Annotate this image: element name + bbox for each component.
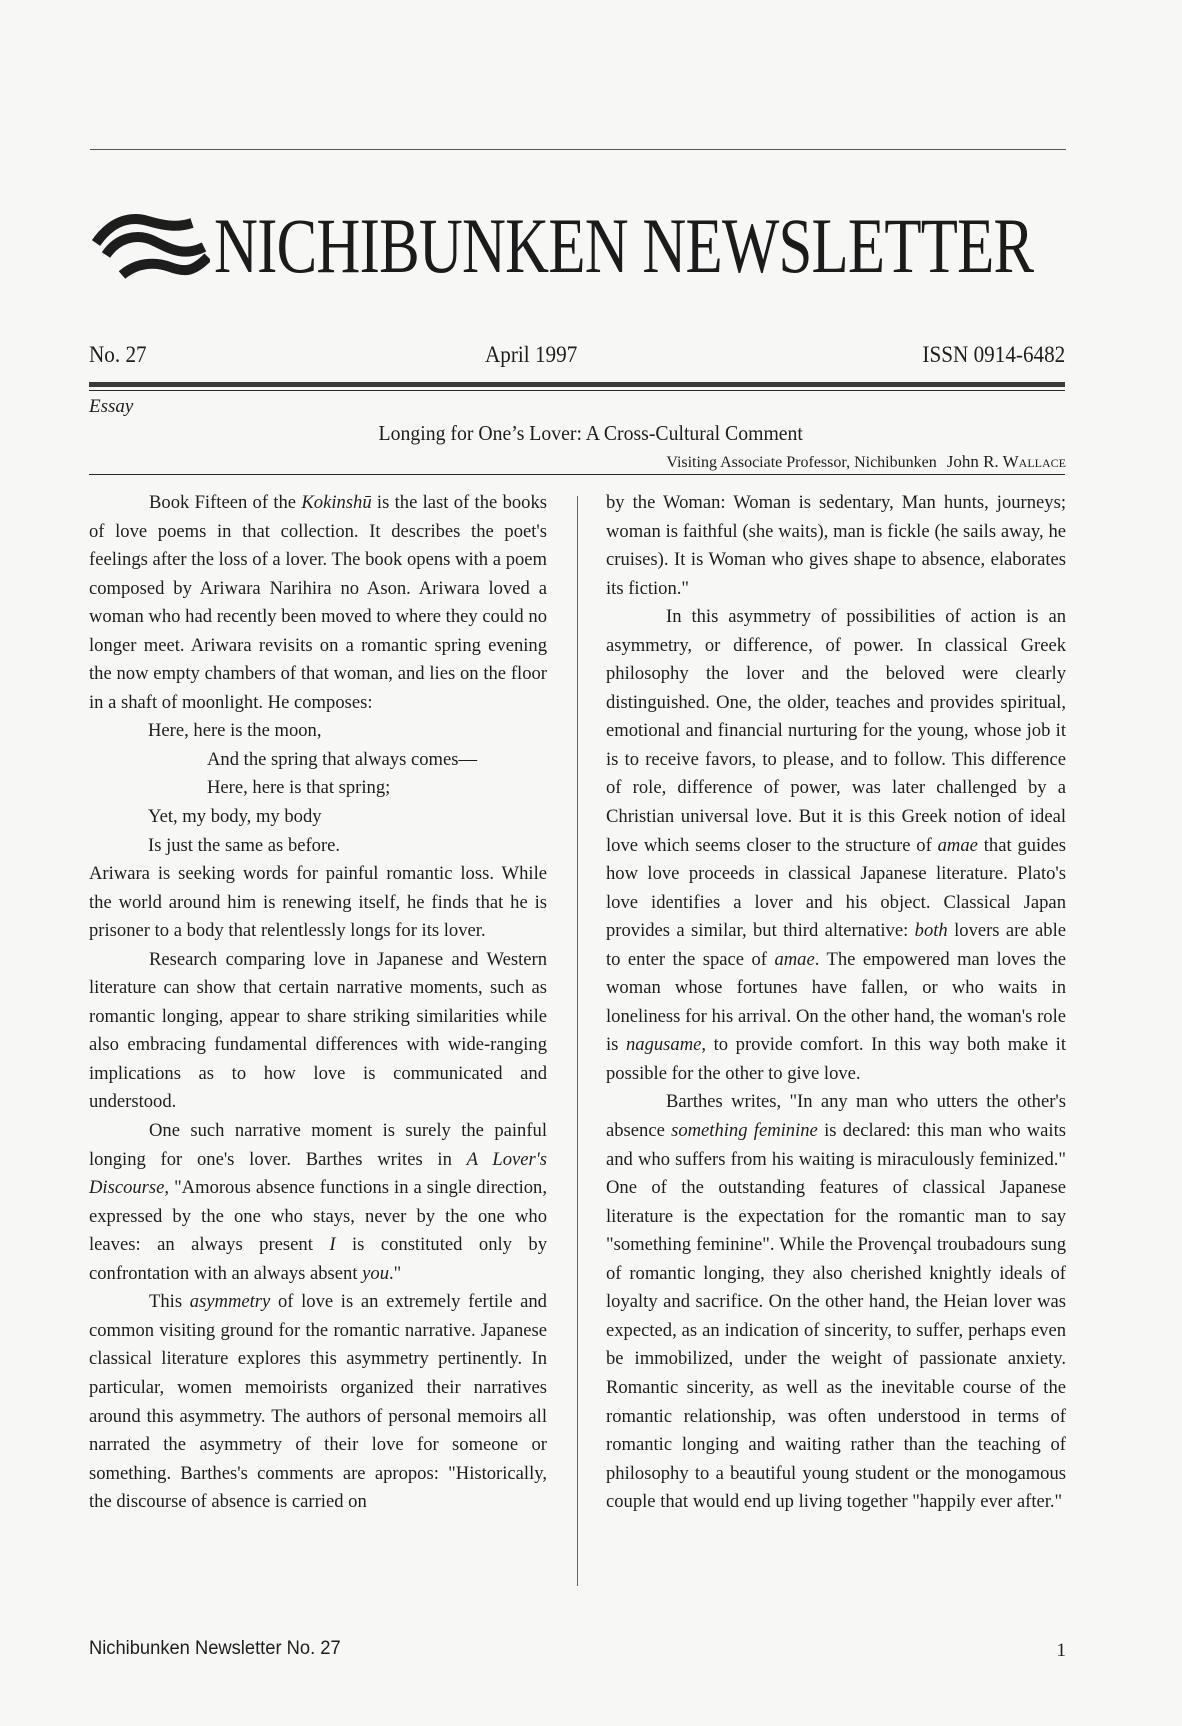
footer-publication-text: Nichibunken Newsletter No. 27	[89, 1637, 341, 1660]
poem-line: Is just the same as before.	[89, 832, 547, 861]
emphasis: amae	[938, 835, 978, 856]
paragraph: Ariwara is seeking words for painful rom…	[89, 860, 547, 946]
issue-info-row: No. 27 April 1997 ISSN 0914-6482	[89, 342, 1065, 368]
paragraph: Research comparing love in Japanese and …	[89, 946, 547, 1117]
footer-publication: Nichibunken Newsletter No. 27	[89, 1637, 357, 1660]
poem-line: Yet, my body, my body	[89, 803, 547, 832]
author-name-last: allace	[1019, 452, 1066, 471]
thick-divider	[89, 382, 1065, 387]
poem-line: And the spring that always comes—	[89, 746, 547, 775]
emphasis: nagusame	[626, 1034, 701, 1055]
issue-number: No. 27	[89, 342, 147, 368]
text: This	[149, 1291, 190, 1312]
page-number: 1	[1057, 1640, 1067, 1662]
poem-line: Here, here is that spring;	[89, 774, 547, 803]
poem-line: Here, here is the moon,	[89, 717, 547, 746]
paragraph: In this asymmetry of possibilities of ac…	[606, 603, 1066, 1088]
right-column: by the Woman: Woman is sedentary, Man hu…	[606, 489, 1066, 1517]
text: In this asymmetry of possibilities of ac…	[606, 606, 1066, 855]
masthead: NICHIBUNKEN NEWSLETTER	[88, 196, 1078, 296]
top-rule	[90, 149, 1066, 150]
emphasis: both	[915, 920, 948, 941]
text: Book Fifteen of the	[149, 492, 301, 513]
author-name: John R. Wallace	[947, 452, 1066, 471]
poem: Here, here is the moon, And the spring t…	[89, 717, 547, 860]
text: of love is an extremely fertile and comm…	[89, 1291, 547, 1512]
paragraph: Barthes writes, "In any man who utters t…	[606, 1088, 1066, 1516]
emphasis: asymmetry	[190, 1291, 271, 1312]
text: ."	[389, 1263, 401, 1284]
paragraph: This asymmetry of love is an extremely f…	[89, 1288, 547, 1516]
article-title: Longing for One’s Lover: A Cross-Cultura…	[0, 421, 1182, 446]
byline-rule	[89, 474, 1065, 475]
emphasis: amae	[774, 949, 814, 970]
column-divider	[577, 496, 578, 1586]
article-title-text: Longing for One’s Lover: A Cross-Cultura…	[379, 421, 803, 446]
paragraph: by the Woman: Woman is sedentary, Man hu…	[606, 489, 1066, 603]
paragraph: Book Fifteen of the Kokinshū is the last…	[89, 489, 547, 717]
text: is declared: this man who waits and who …	[606, 1120, 1066, 1512]
author-affiliation: Visiting Associate Professor, Nichibunke…	[666, 454, 936, 471]
text: is the last of the books of love poems i…	[89, 492, 547, 713]
issue-date: April 1997	[485, 342, 577, 368]
thin-divider	[89, 390, 1065, 391]
section-label: Essay	[89, 396, 133, 418]
issn: ISSN 0914-6482	[922, 342, 1065, 368]
byline: Visiting Associate Professor, Nichibunke…	[666, 452, 1066, 472]
emphasis: you	[362, 1263, 389, 1284]
emphasis: something feminine	[671, 1120, 818, 1141]
wave-icon	[88, 205, 210, 287]
emphasis: Kokinshū	[301, 492, 371, 513]
masthead-title: NICHIBUNKEN NEWSLETTER	[214, 207, 1033, 285]
author-name-first: John R. W	[947, 452, 1019, 471]
paragraph: One such narrative moment is surely the …	[89, 1117, 547, 1288]
left-column: Book Fifteen of the Kokinshū is the last…	[89, 489, 547, 1517]
